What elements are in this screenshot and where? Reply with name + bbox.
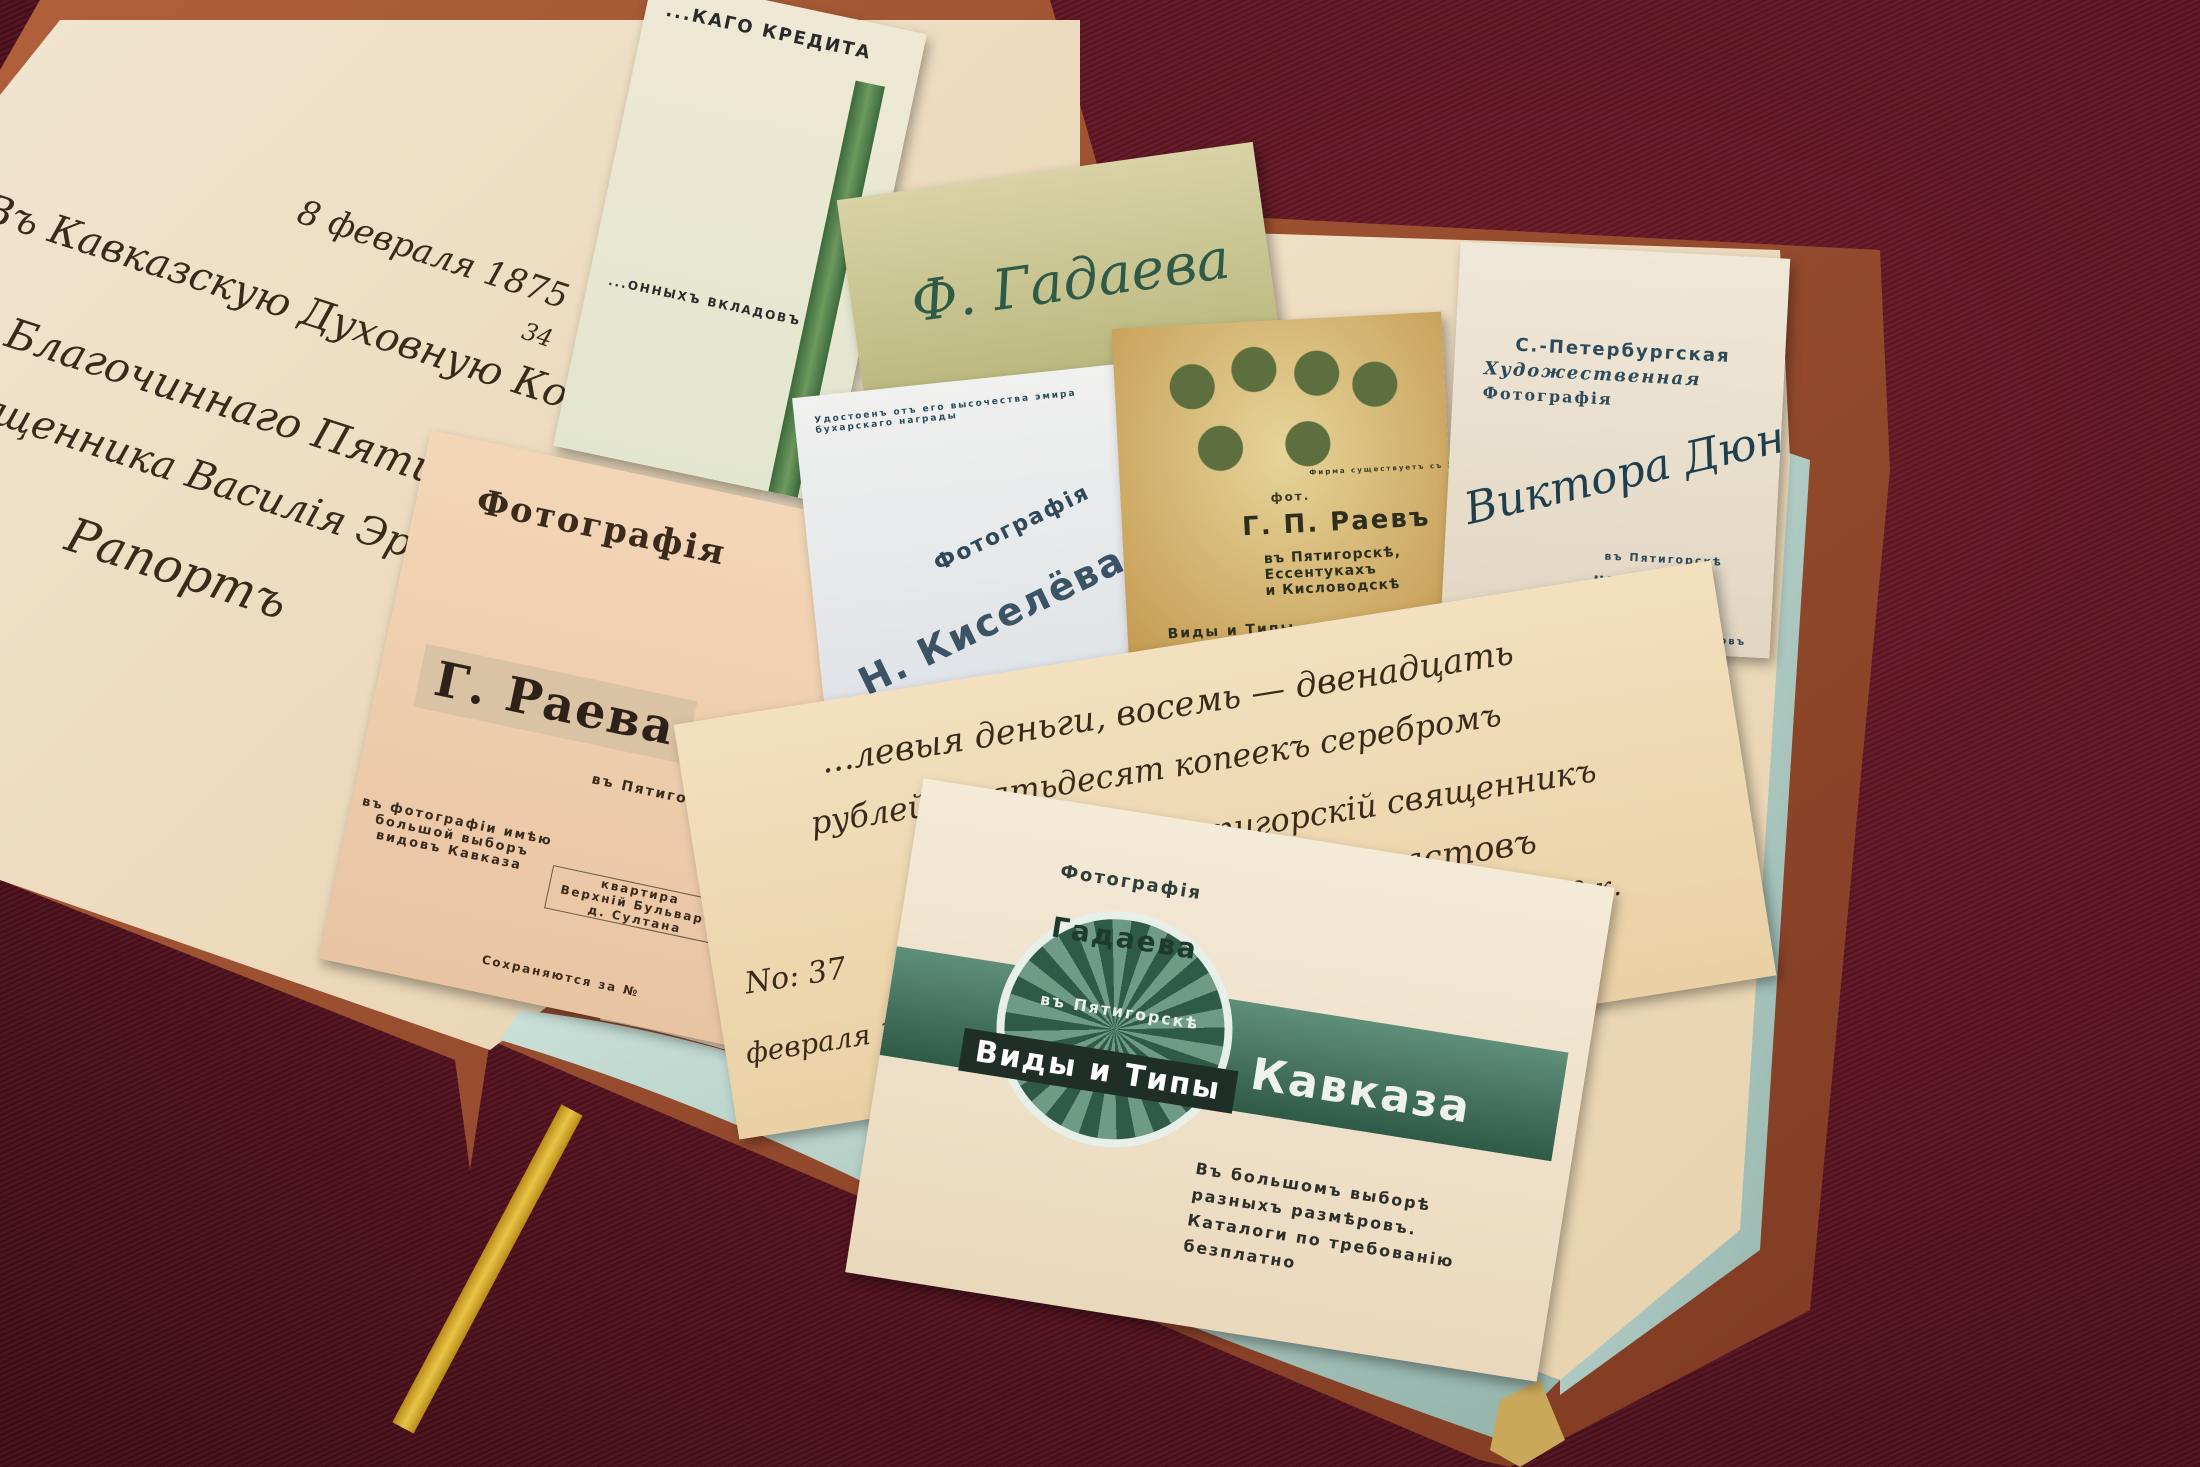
raev2-name: Г. П. Раевъ xyxy=(1241,502,1431,542)
raev-card-name: Г. Раева xyxy=(413,644,697,764)
dunant-line3: Фотографія xyxy=(1482,383,1613,409)
raev-card-box1: въ фотографіи имѣю большой выборъ видовъ… xyxy=(354,794,549,878)
gadaev-top-script: Ф. Гадаева xyxy=(907,227,1233,336)
kiseleva-top: Удостоенъ отъ его высочества эмира бухар… xyxy=(814,387,1095,436)
raev2-towns: въ Пятигорскѣ, Ессентукахъ и Кисловодскѣ xyxy=(1263,544,1403,599)
medal-cluster-icon xyxy=(1153,334,1410,487)
raev-card-top: Фотографія xyxy=(473,482,730,574)
receipt-number: No: 37 xyxy=(742,951,848,1002)
raev2-label: фот. xyxy=(1270,489,1310,505)
raev-medals-card: фот. Фирма существуетъ съ 1887 г. Г. П. … xyxy=(1112,312,1459,659)
gadaev-lines: Въ большомъ выборѣ разныхъ размѣровъ. Ка… xyxy=(1181,1156,1464,1301)
letter-line-4: Рапортъ xyxy=(59,507,294,631)
letter-number: 34 xyxy=(518,317,556,353)
dunant-name: Виктора Дюнантъ xyxy=(1460,383,1791,535)
raev-card-footer: Сохраняются за № xyxy=(481,952,641,999)
gadaev-top: Фотографія xyxy=(1059,861,1204,904)
bond-subheading: ...ОННЫХЪ ВКЛАДОВЪ xyxy=(607,274,802,329)
